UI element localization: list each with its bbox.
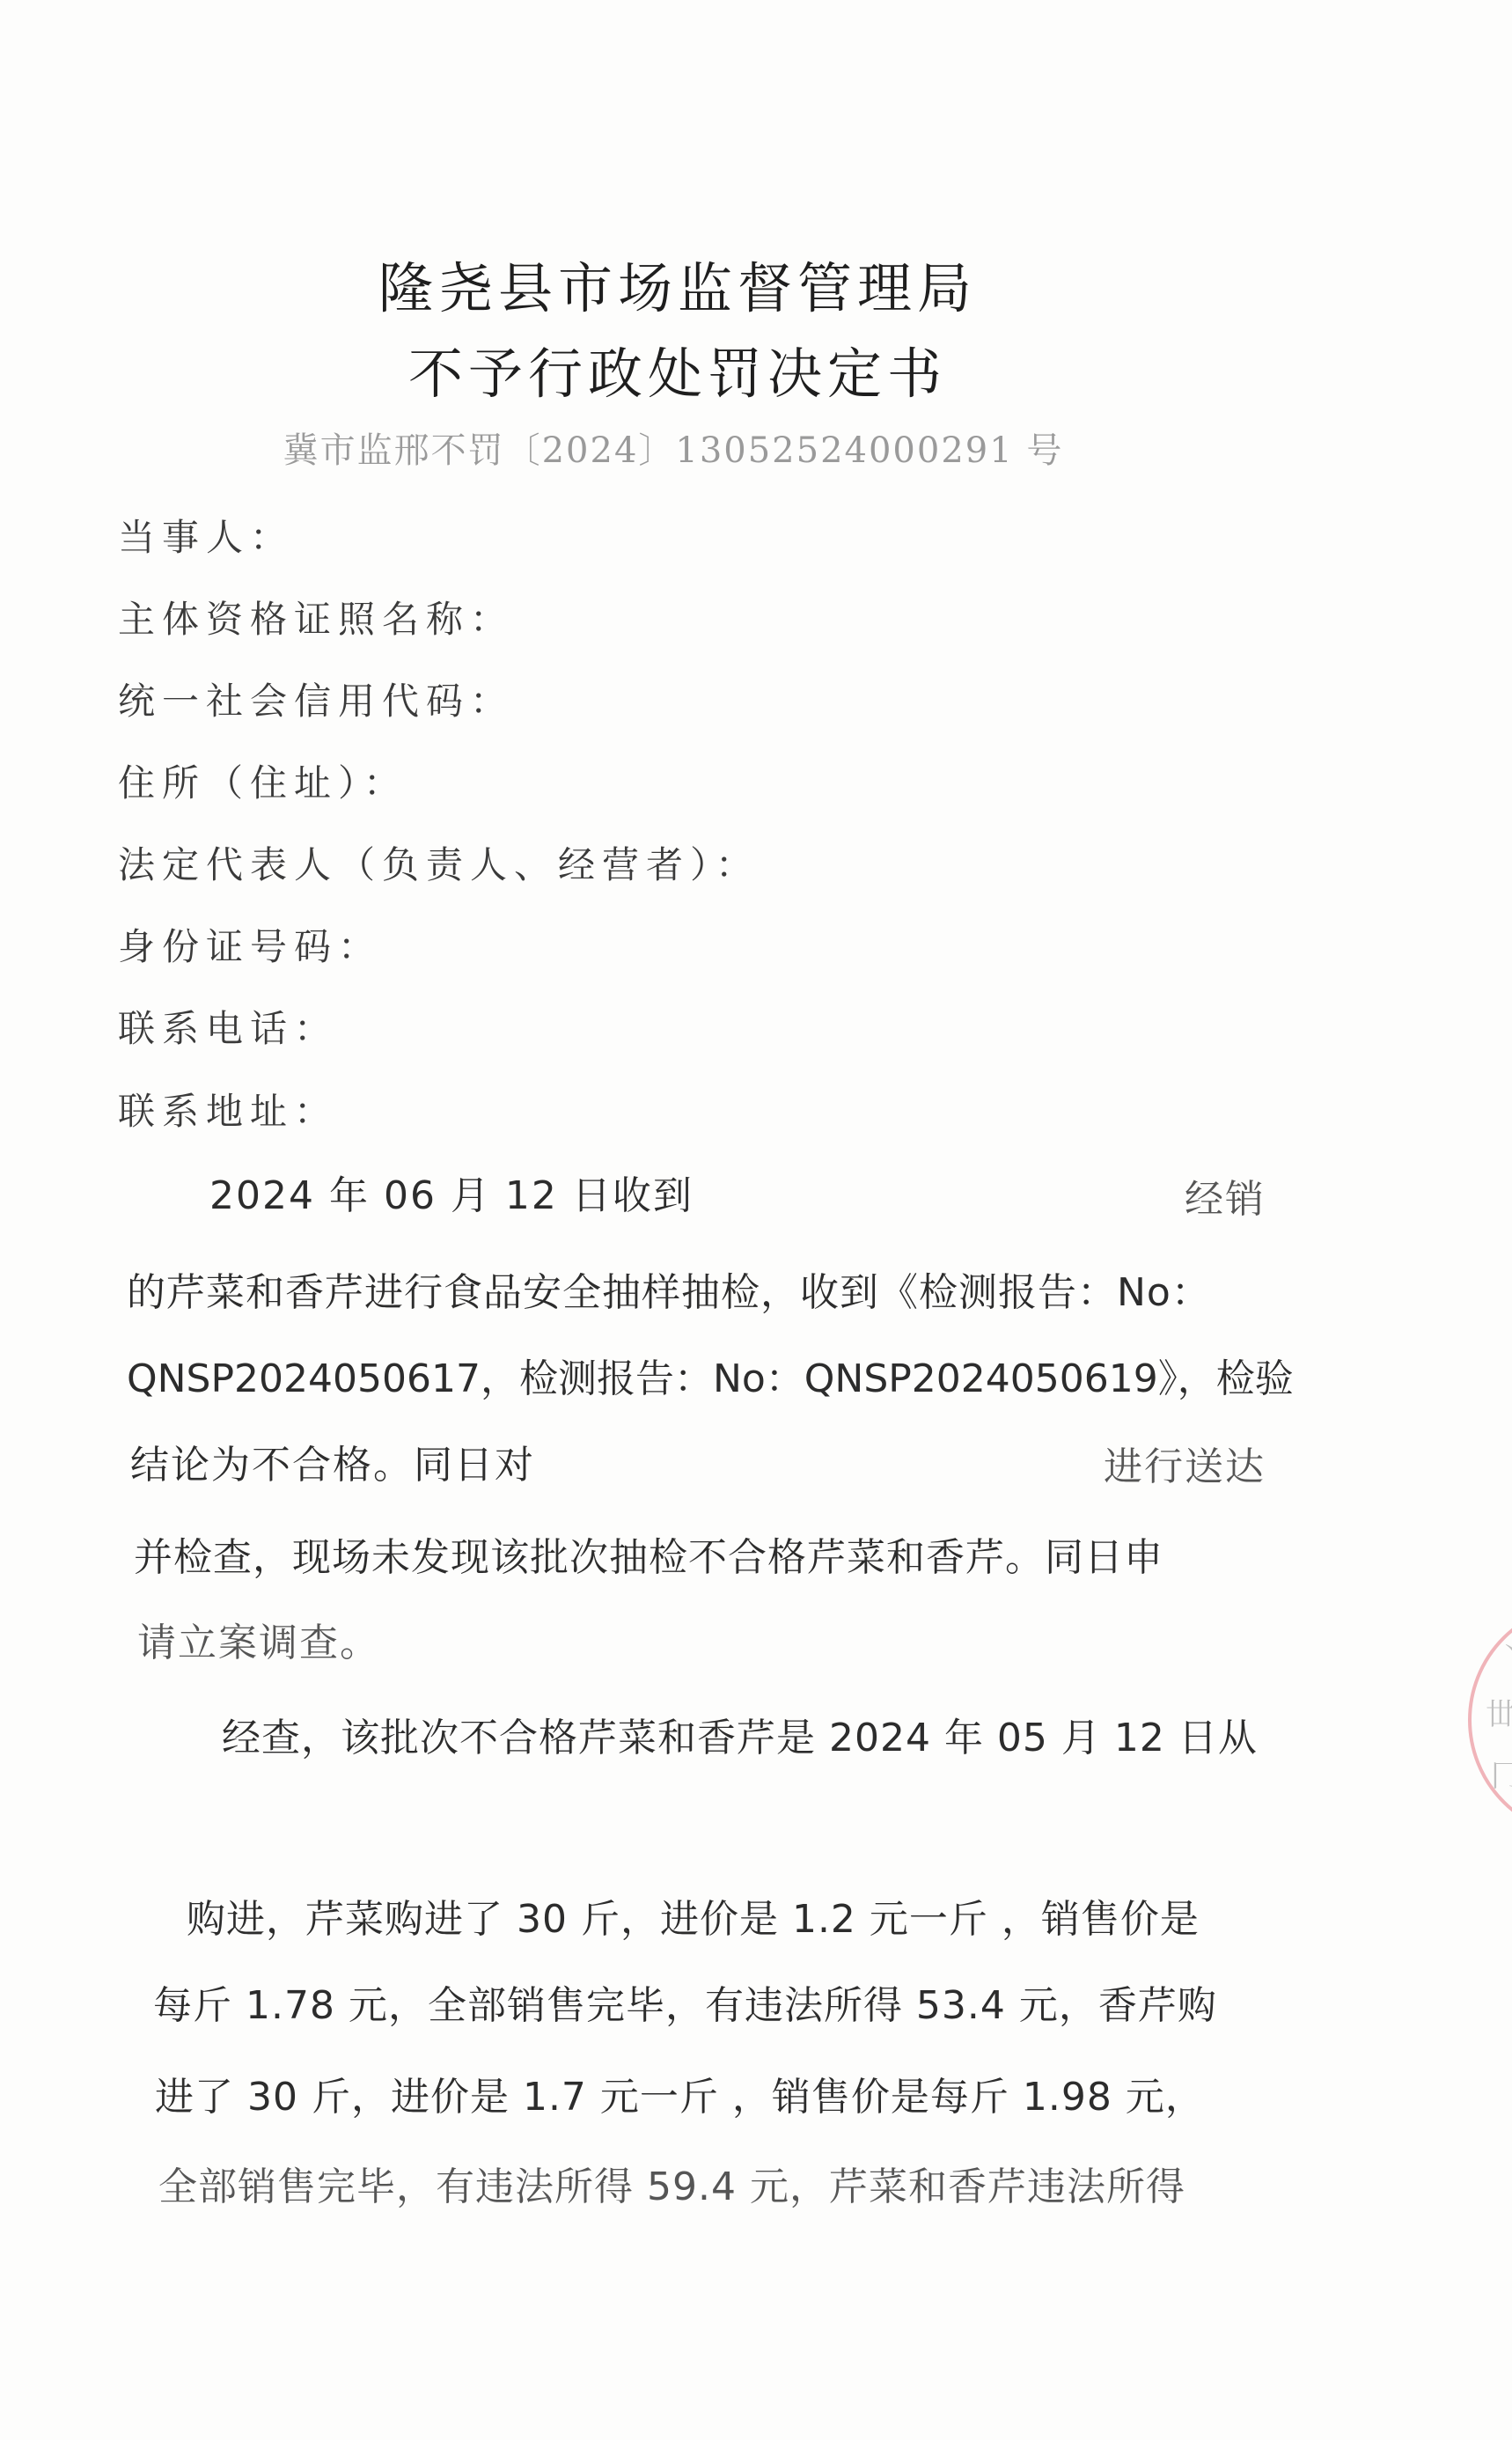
document-number: 冀市监邢不罚〔2024〕13052524000291 号 bbox=[0, 423, 1347, 473]
field-license-name-label: 主体资格证照名称： bbox=[118, 591, 514, 643]
paragraph-line: 的芹菜和香芹进行食品安全抽样抽检，收到《检测报告：No： bbox=[127, 1260, 1211, 1317]
paragraph-line: 全部销售完毕，有违法所得 59.4 元，芹菜和香芹违法所得 bbox=[158, 2155, 1185, 2211]
paragraph-line: 并检查，现场未发现该批次抽检不合格芹菜和香芹。同日申 bbox=[134, 1525, 1163, 1582]
field-address-label: 住所（住址）： bbox=[118, 754, 407, 807]
paragraph-line: 购进，芹菜购进了 30 斤，进价是 1.2 元一斤 ，销售价是 bbox=[187, 1887, 1200, 1944]
field-credit-code-label: 统一社会信用代码： bbox=[118, 672, 514, 725]
paragraph-line: QNSP2024050617，检测报告：No：QNSP2024050619》，检… bbox=[127, 1347, 1294, 1403]
paragraph-line-fragment: 经销 bbox=[968, 1167, 1266, 1224]
stamp-character: 丗 bbox=[1486, 1690, 1512, 1733]
document-type-title: 不予行政处罚决定书 bbox=[0, 330, 1355, 408]
field-id-number-label: 身份证号码： bbox=[118, 918, 382, 971]
stamp-character: 冂 bbox=[1491, 1752, 1512, 1795]
field-legal-rep-label: 法定代表人（负责人、经营者）： bbox=[118, 836, 760, 889]
stamp-character: 丶 bbox=[1496, 1628, 1512, 1672]
paragraph-line: 请立案调查。 bbox=[137, 1611, 380, 1667]
paragraph-line: 经查，该批次不合格芹菜和香芹是 2024 年 05 月 12 日从 bbox=[222, 1706, 1258, 1762]
paragraph-line: 每斤 1.78 元，全部销售完毕，有违法所得 53.4 元，香芹购 bbox=[153, 1973, 1217, 2030]
field-phone-label: 联系电话： bbox=[118, 1000, 338, 1053]
paragraph-line: 结论为不合格。同日对 bbox=[130, 1433, 535, 1489]
field-contact-address-label: 联系地址： bbox=[118, 1083, 338, 1135]
field-party-label: 当事人： bbox=[118, 509, 294, 562]
paragraph-line: 进了 30 斤，进价是 1.7 元一斤 ，销售价是每斤 1.98 元， bbox=[155, 2065, 1205, 2121]
paragraph-line-fragment: 进行送达 bbox=[968, 1435, 1266, 1491]
paragraph-line: 2024 年 06 月 12 日收到 bbox=[209, 1164, 694, 1220]
authority-title: 隆尧县市场监督管理局 bbox=[0, 245, 1355, 323]
